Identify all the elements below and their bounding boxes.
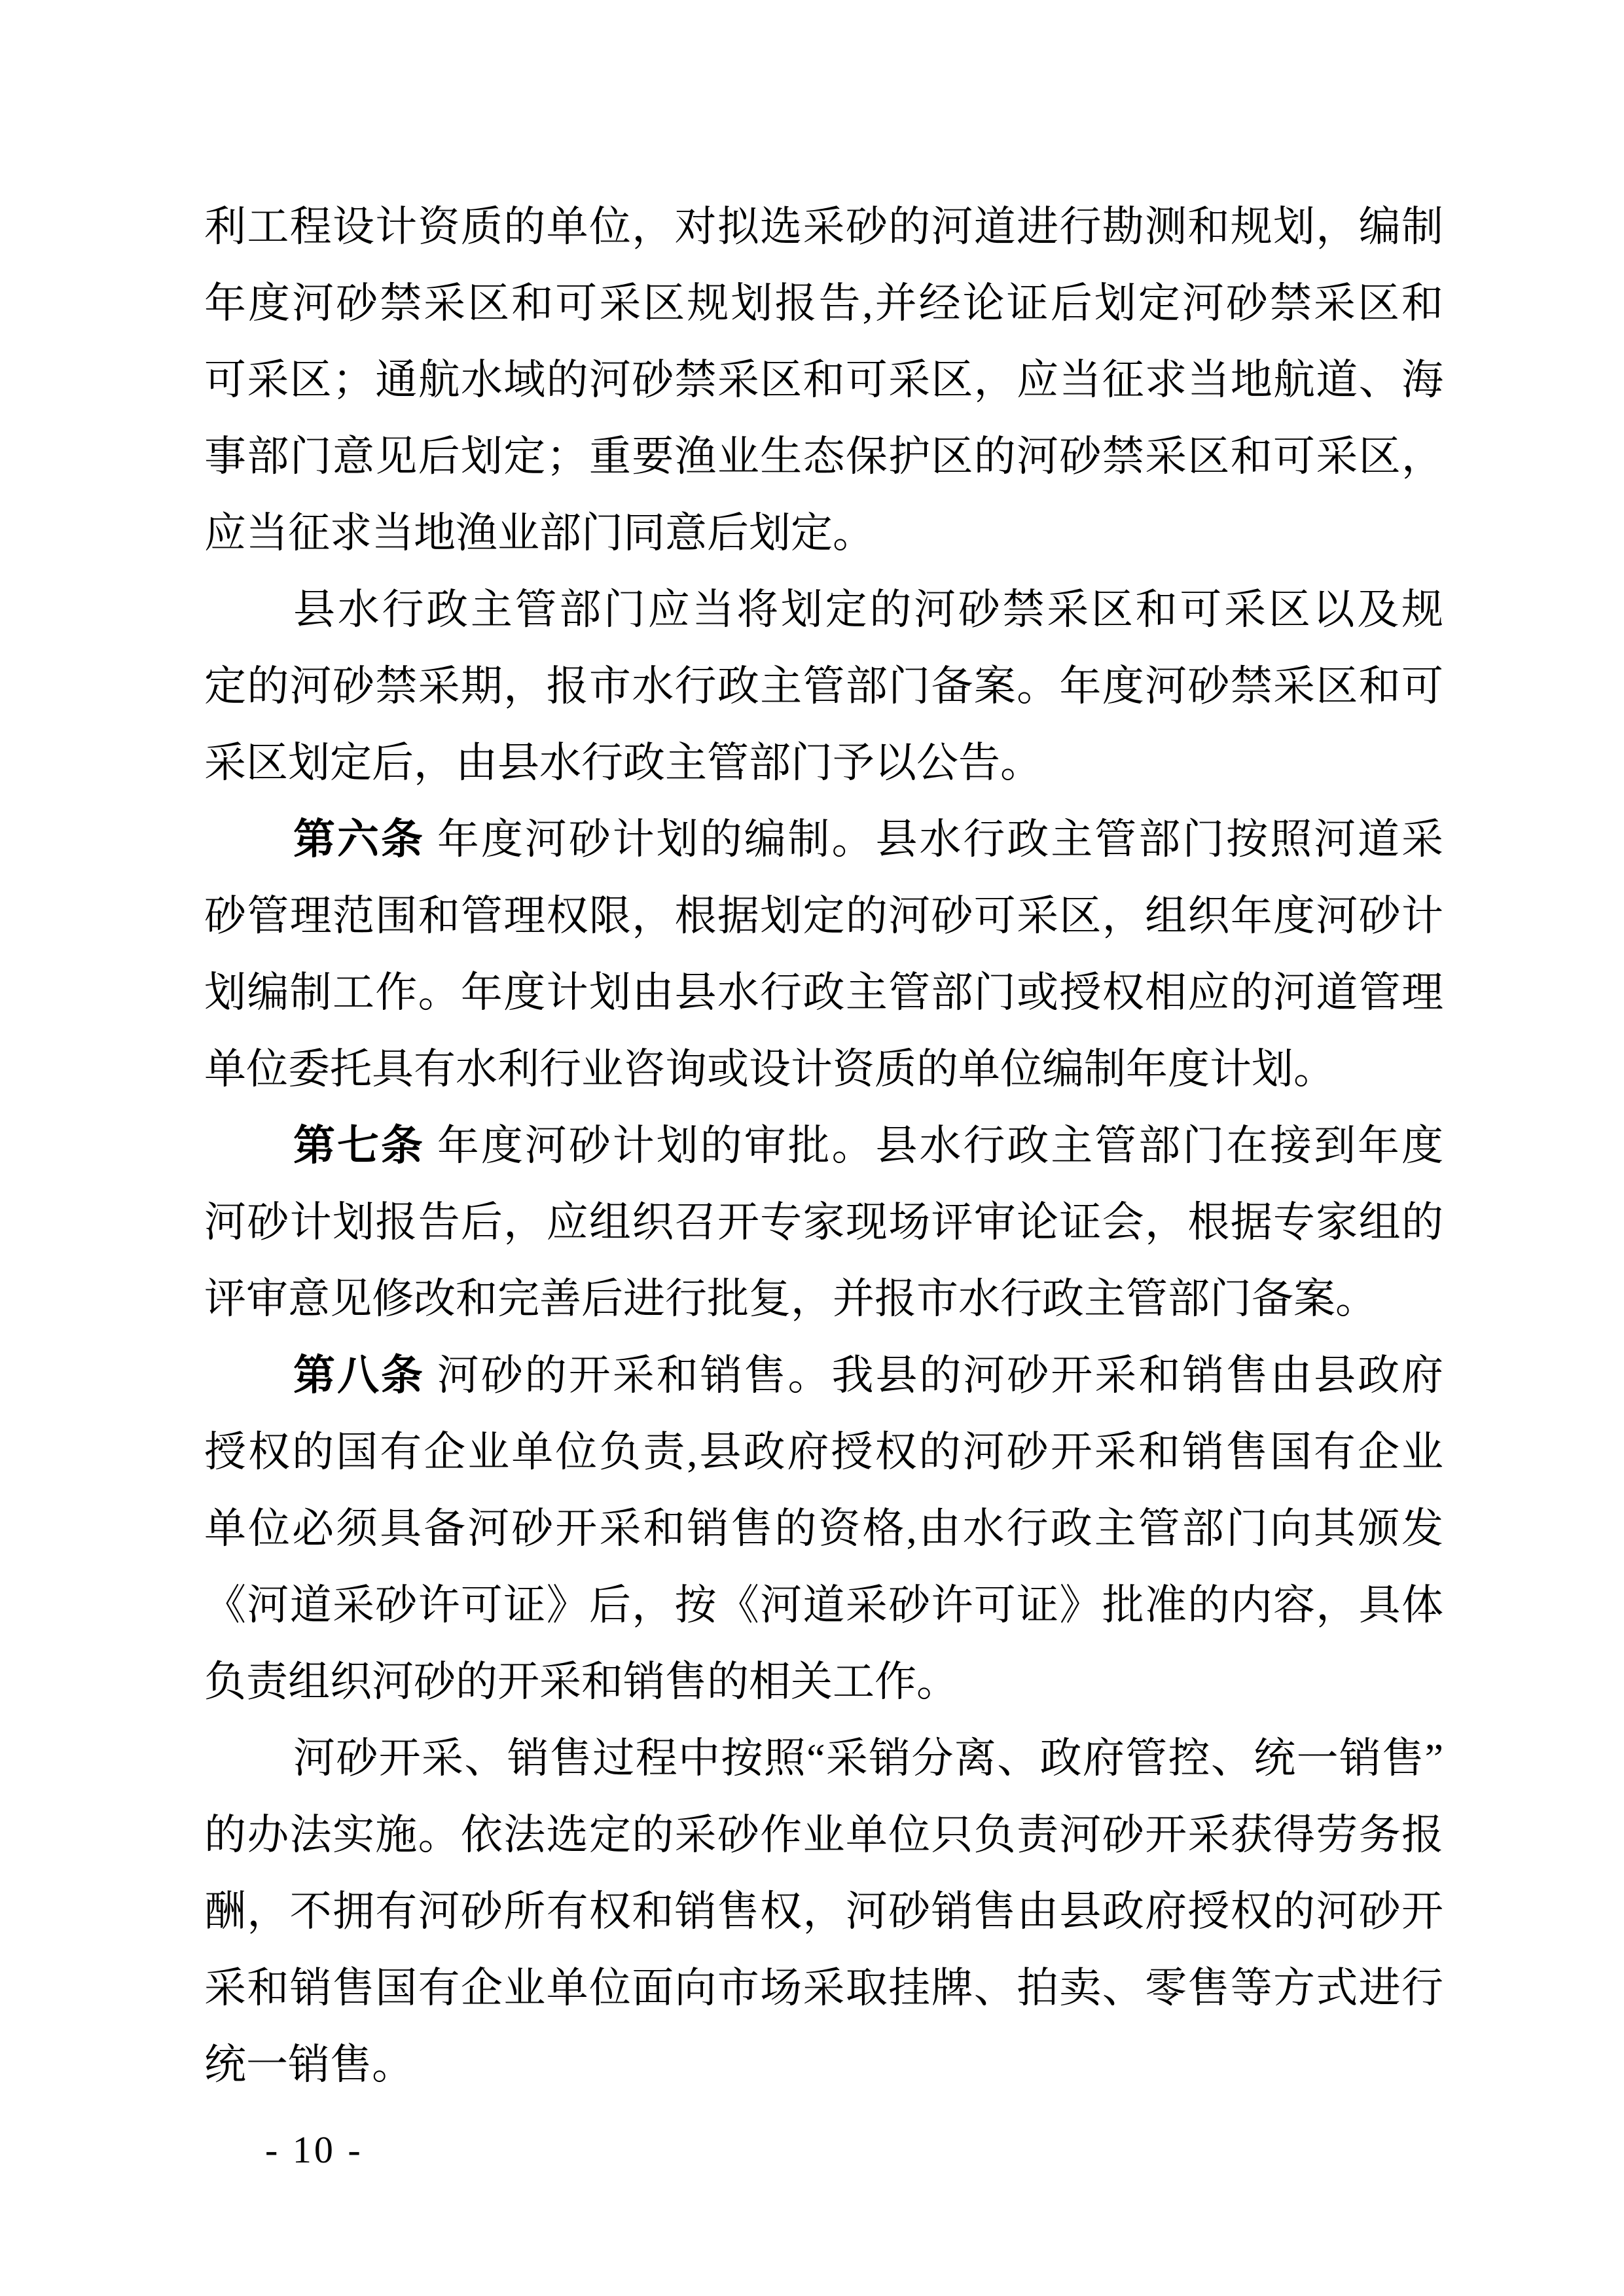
text-line: 第六条 年度河砂计划的编制。县水行政主管部门按照河道采: [204, 801, 1443, 878]
text-run: 采区划定后，由县水行政主管部门予以公告。: [204, 740, 1042, 786]
text-line: 采区划定后，由县水行政主管部门予以公告。: [204, 725, 1443, 801]
text-run: 《河道采砂许可证》后，按《河道采砂许可证》批准的内容，具体: [204, 1582, 1443, 1628]
text-line: 单位委托具有水利行业咨询或设计资质的单位编制年度计划。: [204, 1031, 1443, 1107]
text-line: 的办法实施。依法选定的采砂作业单位只负责河砂开采获得劳务报: [204, 1797, 1443, 1873]
text-run: 县水行政主管部门应当将划定的河砂禁采区和可采区以及规: [293, 586, 1443, 633]
text-line: 定的河砂禁采期，报市水行政主管部门备案。年度河砂禁采区和可: [204, 648, 1443, 725]
text-line: 河砂开采、销售过程中按照“采销分离、政府管控、统一销售”: [204, 1720, 1443, 1797]
text-block: 利工程设计资质的单位，对拟选采砂的河道进行勘测和规划，编制年度河砂禁采区和可采区…: [204, 188, 1443, 2103]
text-run: 采和销售国有企业单位面向市场采取挂牌、拍卖、零售等方式进行: [204, 1965, 1443, 2011]
text-run: 可采区；通航水域的河砂禁采区和可采区，应当征求当地航道、海: [204, 357, 1443, 403]
text-run: 单位委托具有水利行业咨询或设计资质的单位编制年度计划。: [204, 1046, 1335, 1092]
text-run: 年度河砂计划的审批。县水行政主管部门在接到年度: [425, 1122, 1443, 1169]
text-run: 评审意见修改和完善后进行批复，并报市水行政主管部门备案。: [204, 1276, 1377, 1322]
text-line: 统一销售。: [204, 2026, 1443, 2103]
text-line: 《河道采砂许可证》后，按《河道采砂许可证》批准的内容，具体: [204, 1567, 1443, 1643]
text-run: 划编制工作。年度计划由县水行政主管部门或授权相应的河道管理: [204, 969, 1443, 1016]
document-page: 利工程设计资质的单位，对拟选采砂的河道进行勘测和规划，编制年度河砂禁采区和可采区…: [0, 0, 1624, 2296]
text-line: 砂管理范围和管理权限，根据划定的河砂可采区，组织年度河砂计: [204, 878, 1443, 954]
text-run: 河砂的开采和销售。我县的河砂开采和销售由县政府: [425, 1352, 1443, 1399]
text-line: 评审意见修改和完善后进行批复，并报市水行政主管部门备案。: [204, 1261, 1443, 1337]
text-run: 统一销售。: [204, 2041, 414, 2088]
text-run: 单位必须具备河砂开采和销售的资格,由水行政主管部门向其颁发: [204, 1505, 1443, 1552]
text-line: 负责组织河砂的开采和销售的相关工作。: [204, 1643, 1443, 1720]
text-run: 事部门意见后划定；重要渔业生态保护区的河砂禁采区和可采区，: [204, 433, 1443, 480]
page-number: - 10 -: [265, 2131, 363, 2169]
text-run: 负责组织河砂的开采和销售的相关工作。: [204, 1659, 958, 1705]
text-run: 河砂计划报告后，应组织召开专家现场评审论证会，根据专家组的: [204, 1199, 1443, 1246]
text-run: 年度河砂禁采区和可采区规划报告,并经论证后划定河砂禁采区和: [204, 280, 1443, 327]
text-run: 砂管理范围和管理权限，根据划定的河砂可采区，组织年度河砂计: [204, 893, 1443, 939]
text-line: 河砂计划报告后，应组织召开专家现场评审论证会，根据专家组的: [204, 1184, 1443, 1261]
text-line: 第八条 河砂的开采和销售。我县的河砂开采和销售由县政府: [204, 1337, 1443, 1414]
article-number-run: 第八条: [293, 1352, 425, 1399]
text-run: 年度河砂计划的编制。县水行政主管部门按照河道采: [425, 816, 1443, 863]
text-line: 利工程设计资质的单位，对拟选采砂的河道进行勘测和规划，编制: [204, 188, 1443, 265]
text-line: 应当征求当地渔业部门同意后划定。: [204, 495, 1443, 571]
text-line: 可采区；通航水域的河砂禁采区和可采区，应当征求当地航道、海: [204, 342, 1443, 418]
text-run: 酬，不拥有河砂所有权和销售权，河砂销售由县政府授权的河砂开: [204, 1888, 1443, 1935]
text-run: 授权的国有企业单位负责,县政府授权的河砂开采和销售国有企业: [204, 1429, 1443, 1475]
article-number-run: 第六条: [293, 816, 425, 863]
text-run: 应当征求当地渔业部门同意后划定。: [204, 510, 875, 556]
text-run: 利工程设计资质的单位，对拟选采砂的河道进行勘测和规划，编制: [204, 204, 1443, 250]
text-run: 定的河砂禁采期，报市水行政主管部门备案。年度河砂禁采区和可: [204, 663, 1443, 709]
text-line: 县水行政主管部门应当将划定的河砂禁采区和可采区以及规: [204, 571, 1443, 648]
text-run: 河砂开采、销售过程中按照“采销分离、政府管控、统一销售”: [293, 1735, 1443, 1782]
article-number-run: 第七条: [293, 1122, 425, 1169]
text-run: 的办法实施。依法选定的采砂作业单位只负责河砂开采获得劳务报: [204, 1812, 1443, 1858]
text-line: 第七条 年度河砂计划的审批。县水行政主管部门在接到年度: [204, 1107, 1443, 1184]
text-line: 授权的国有企业单位负责,县政府授权的河砂开采和销售国有企业: [204, 1414, 1443, 1490]
text-line: 划编制工作。年度计划由县水行政主管部门或授权相应的河道管理: [204, 954, 1443, 1031]
text-line: 年度河砂禁采区和可采区规划报告,并经论证后划定河砂禁采区和: [204, 265, 1443, 342]
text-line: 采和销售国有企业单位面向市场采取挂牌、拍卖、零售等方式进行: [204, 1950, 1443, 2026]
text-line: 事部门意见后划定；重要渔业生态保护区的河砂禁采区和可采区，: [204, 418, 1443, 495]
text-line: 酬，不拥有河砂所有权和销售权，河砂销售由县政府授权的河砂开: [204, 1873, 1443, 1950]
text-line: 单位必须具备河砂开采和销售的资格,由水行政主管部门向其颁发: [204, 1490, 1443, 1567]
